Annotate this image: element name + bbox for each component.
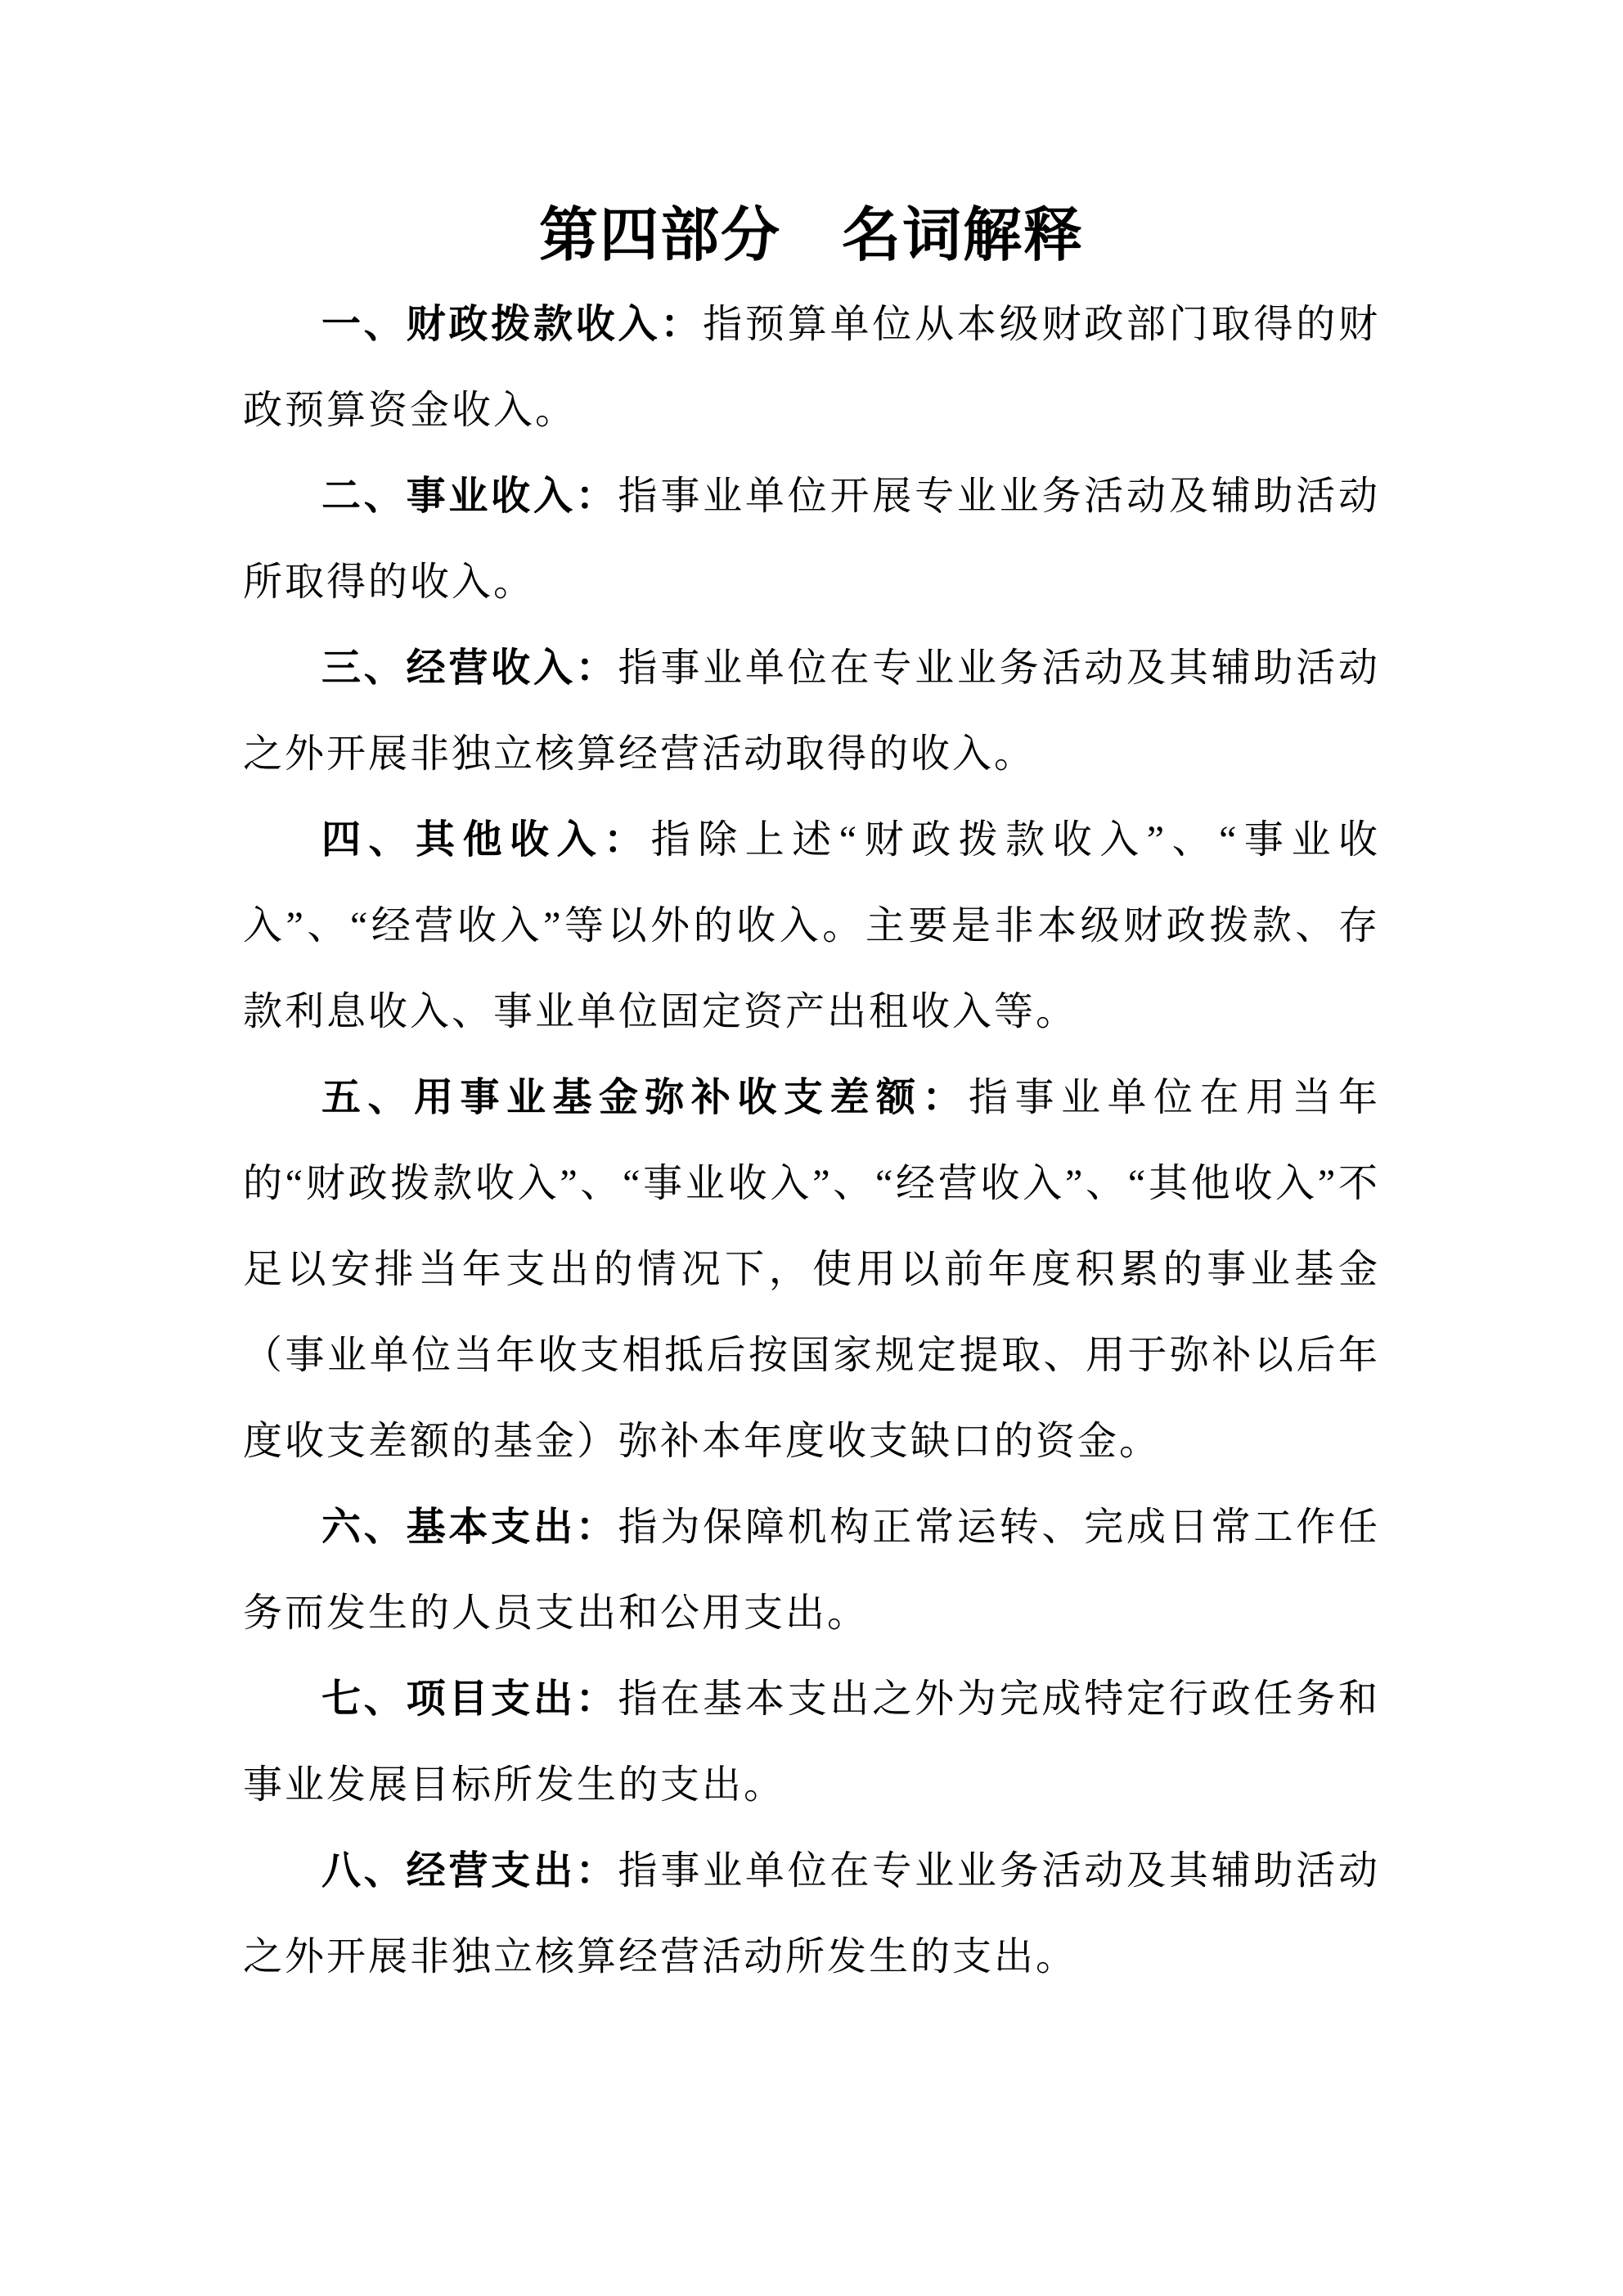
- glossary-paragraph: 三、经营收入：指事业单位在专业业务活动及其辅助活动之外开展非独立核算经营活动取得…: [243, 625, 1380, 797]
- glossary-paragraph: 八、经营支出：指事业单位在专业业务活动及其辅助活动之外开展非独立核算经营活动所发…: [243, 1828, 1380, 2000]
- glossary-paragraph: 一、财政拨款收入：指预算单位从本级财政部门取得的财政预算资金收入。: [243, 281, 1380, 453]
- term-label: 二、事业收入：: [321, 475, 618, 518]
- term-label: 五、用事业基金弥补收支差额：: [321, 1076, 969, 1119]
- term-definition: 指事业单位在用当年的“财政拨款收入”、“事业收入”、“经营收入”、“其他收入”不…: [243, 1076, 1380, 1463]
- term-label: 八、经营支出：: [321, 1849, 618, 1893]
- term-label: 六、基本支出：: [321, 1506, 618, 1549]
- term-label: 四、其他收入：: [321, 818, 651, 862]
- glossary-paragraph: 二、事业收入：指事业单位开展专业业务活动及辅助活动所取得的收入。: [243, 453, 1380, 625]
- term-label: 一、财政拨款收入：: [321, 303, 703, 346]
- glossary-paragraph: 六、基本支出：指为保障机构正常运转、完成日常工作任务而发生的人员支出和公用支出。: [243, 1484, 1380, 1656]
- page-title: 第四部分 名词解释: [0, 0, 1623, 270]
- document-page: 第四部分 名词解释 一、财政拨款收入：指预算单位从本级财政部门取得的财政预算资金…: [0, 0, 1623, 2296]
- glossary-paragraph: 七、项目支出：指在基本支出之外为完成特定行政任务和事业发展目标所发生的支出。: [243, 1656, 1380, 1828]
- glossary-paragraph: 四、其他收入：指除上述“财政拨款收入”、“事业收入”、“经营收入”等以外的收入。…: [243, 797, 1380, 1055]
- term-label: 七、项目支出：: [321, 1677, 618, 1721]
- glossary-paragraph: 五、用事业基金弥补收支差额：指事业单位在用当年的“财政拨款收入”、“事业收入”、…: [243, 1055, 1380, 1484]
- glossary-content: 一、财政拨款收入：指预算单位从本级财政部门取得的财政预算资金收入。 二、事业收入…: [243, 281, 1380, 2000]
- term-label: 三、经营收入：: [321, 646, 618, 690]
